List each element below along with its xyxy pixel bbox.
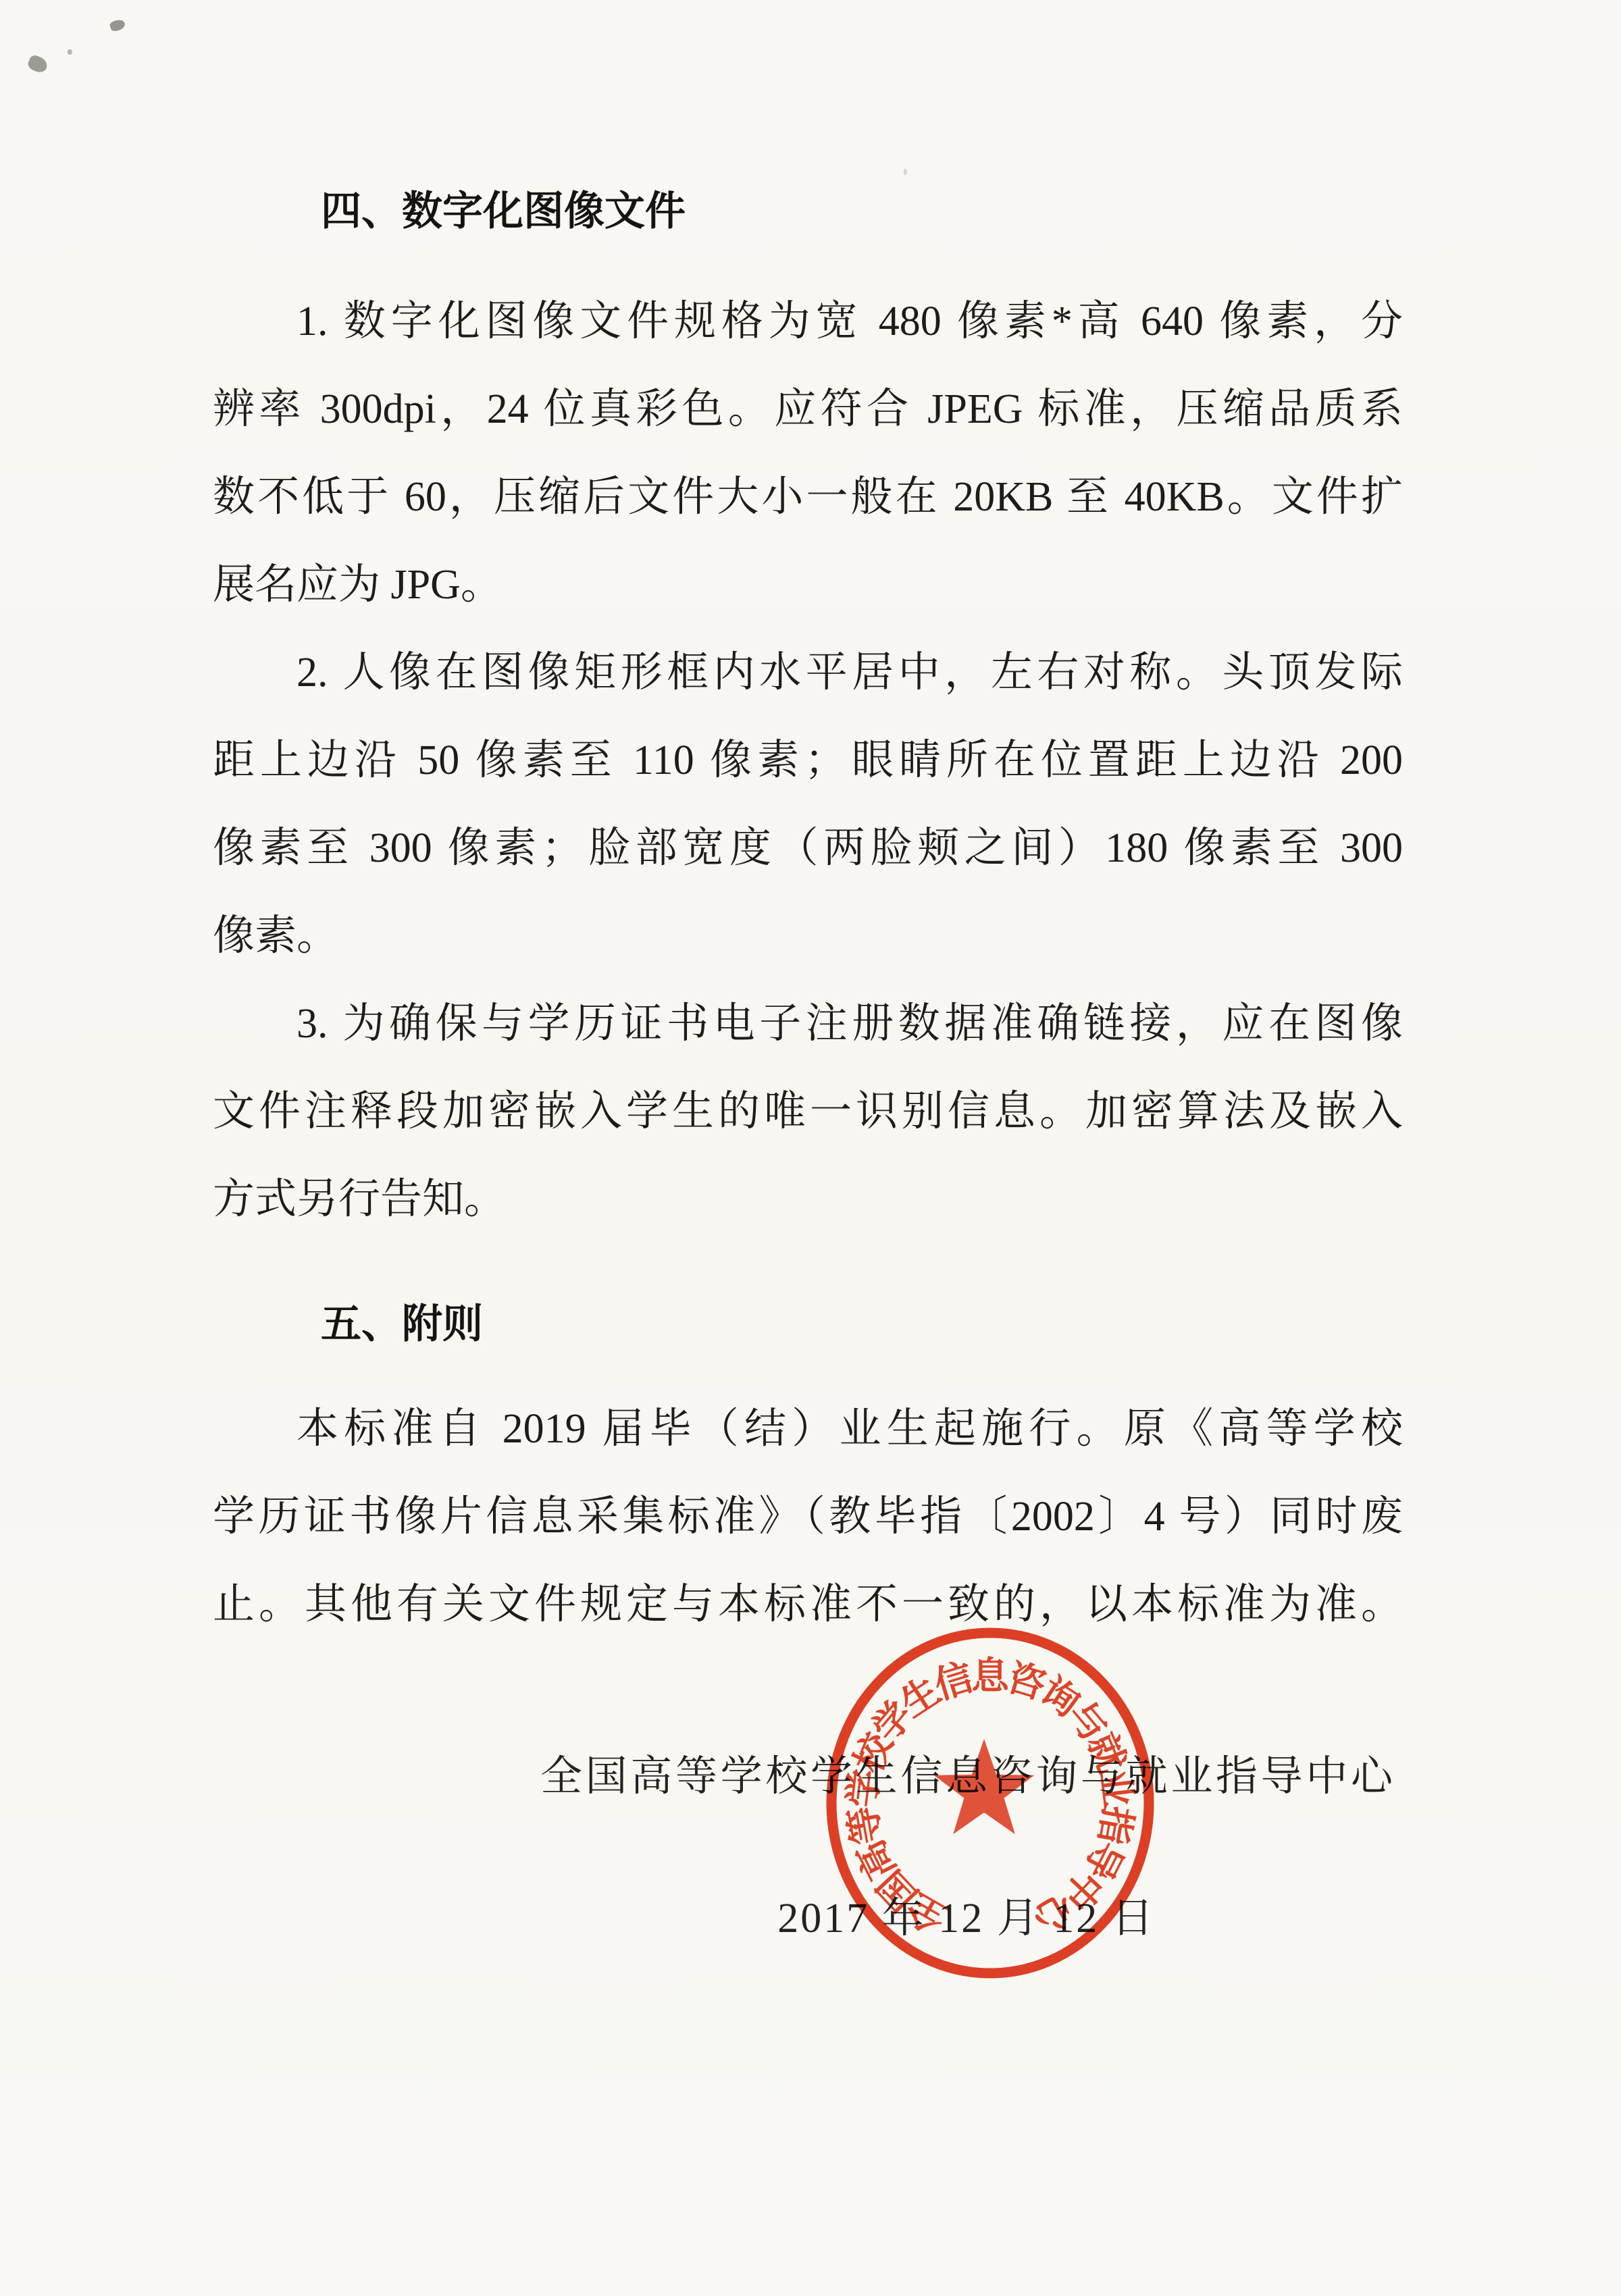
signature-date: 2017 年 12 月 12 日 <box>540 1875 1393 1962</box>
paragraph-line: 距上边沿 50 像素至 110 像素；眼睛所在位置距上边沿 200 <box>213 716 1403 804</box>
seal-arc-char: 信 <box>930 1656 978 1707</box>
paragraph-line: 2. 人像在图像矩形框内水平居中，左右对称。头顶发际 <box>213 629 1403 716</box>
scan-speck <box>26 53 50 74</box>
seal-arc-char: 询 <box>1032 1670 1087 1726</box>
paragraph-line: 数不低于 60，压缩后文件大小一般在 20KB 至 40KB。文件扩 <box>213 453 1403 541</box>
paragraph-line: 学历证书像片信息采集标准》（教毕指〔2002〕4 号）同时废 <box>213 1473 1403 1561</box>
paragraph-line: 展名应为 JPG。 <box>213 541 1403 629</box>
paragraph-line: 像素至 300 像素；脸部宽度（两脸颊之间）180 像素至 300 <box>213 804 1403 892</box>
paragraph: 2. 人像在图像矩形框内水平居中，左右对称。头顶发际 距上边沿 50 像素至 1… <box>213 629 1403 980</box>
scan-speck <box>109 18 126 32</box>
paragraph: 1. 数字化图像文件规格为宽 480 像素*高 640 像素，分 辨率 300d… <box>213 278 1403 629</box>
section-4-heading: 四、数字化图像文件 <box>213 167 1403 255</box>
paragraph-line: 本标准自 2019 届毕（结）业生起施行。原《高等学校 <box>213 1385 1403 1473</box>
paragraph-line: 止。其他有关文件规定与本标准不一致的，以本标准为准。 <box>213 1561 1403 1648</box>
paragraph-line: 方式另行告知。 <box>213 1155 1403 1243</box>
paragraph-line: 辨率 300dpi，24 位真彩色。应符合 JPEG 标准，压缩品质系 <box>213 365 1403 453</box>
seal-arc-char: 咨 <box>1002 1656 1050 1707</box>
paragraph-line: 3. 为确保与学历证书电子注册数据准确链接，应在图像 <box>213 980 1403 1068</box>
scan-speck <box>68 49 72 55</box>
seal-arc-char: 生 <box>894 1670 948 1726</box>
paragraph-line: 文件注释段加密嵌入学生的唯一识别信息。加密算法及嵌入 <box>213 1068 1403 1155</box>
seal-arc-char: 息 <box>971 1656 1010 1698</box>
section-5-heading: 五、附则 <box>213 1280 1403 1368</box>
paragraph: 本标准自 2019 届毕（结）业生起施行。原《高等学校 学历证书像片信息采集标准… <box>213 1385 1403 1648</box>
paragraph: 3. 为确保与学历证书电子注册数据准确链接，应在图像 文件注释段加密嵌入学生的唯… <box>213 980 1403 1243</box>
document-page: 四、数字化图像文件 1. 数字化图像文件规格为宽 480 像素*高 640 像素… <box>0 0 1621 2296</box>
paragraph-line: 像素。 <box>213 892 1403 980</box>
document-body: 四、数字化图像文件 1. 数字化图像文件规格为宽 480 像素*高 640 像素… <box>213 167 1403 1648</box>
signature-organization: 全国高等学校学生信息咨询与就业指导中心 <box>540 1733 1393 1821</box>
paragraph-line: 1. 数字化图像文件规格为宽 480 像素*高 640 像素，分 <box>213 278 1403 365</box>
